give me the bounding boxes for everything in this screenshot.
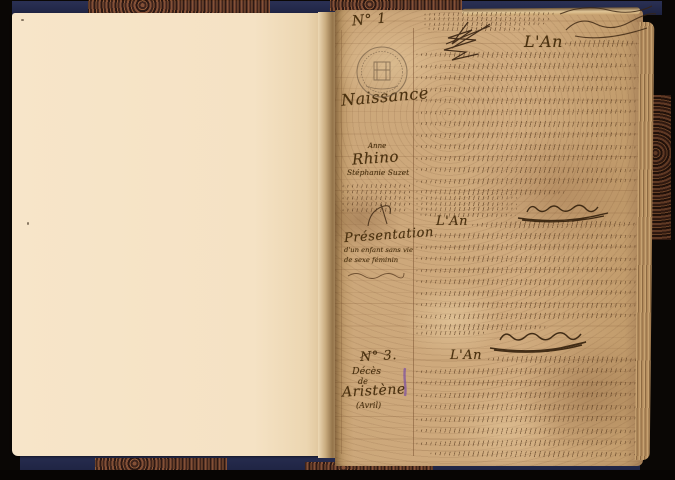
ink-scribble <box>444 22 490 60</box>
margin-squiggle <box>348 273 404 279</box>
purple-ink-mark <box>404 368 405 396</box>
act2-signature <box>490 333 586 352</box>
ink-overlay <box>0 0 675 480</box>
margin-paraph <box>368 204 390 226</box>
top-signature-flourish <box>560 6 656 38</box>
record3-flourish <box>360 352 388 358</box>
scanned-register-spread: N° 1 Naissance Anne Rhino Stéphanie Suze… <box>0 0 675 480</box>
act1-signature <box>518 205 608 222</box>
official-stamp-icon <box>357 47 407 97</box>
